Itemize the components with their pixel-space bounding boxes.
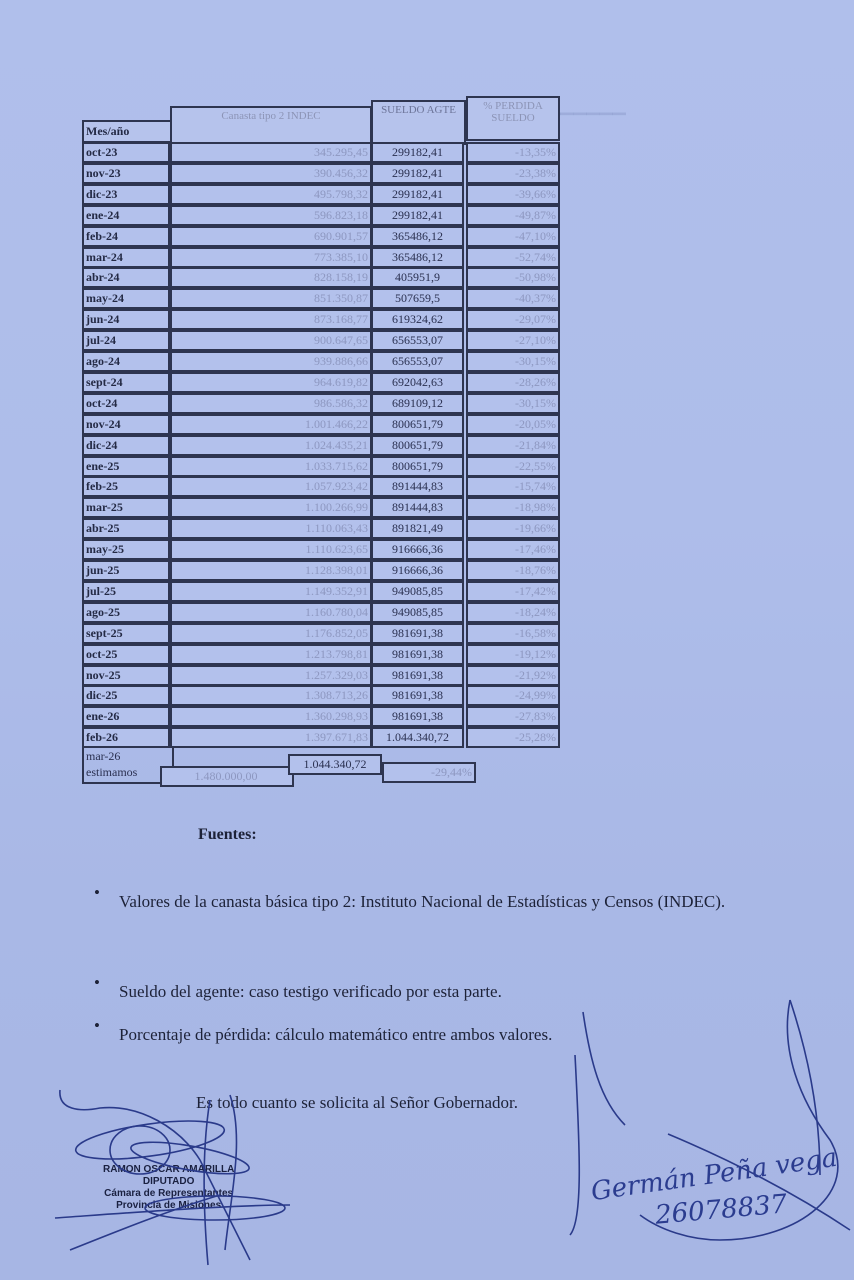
- cell-basket: 1.001.466,22: [170, 414, 372, 435]
- cell-salary: 949085,85: [371, 581, 464, 602]
- cell-month: jul-24: [82, 330, 170, 351]
- cell-month: ene-24: [82, 205, 170, 226]
- cell-month: sept-25: [82, 623, 170, 644]
- bullet-icon: •: [94, 883, 100, 903]
- cell-loss: -17,42%: [466, 581, 560, 602]
- cell-salary: 689109,12: [371, 393, 464, 414]
- cell-salary: 981691,38: [371, 665, 464, 686]
- cell-basket: 1.024.435,21: [170, 435, 372, 456]
- cell-basket: 1.257.329,03: [170, 665, 372, 686]
- header-basket: Canasta tipo 2 INDEC: [170, 106, 372, 145]
- cell-loss: -52,74%: [466, 247, 560, 268]
- cell-salary: 949085,85: [371, 602, 464, 623]
- cell-month: sept-24: [82, 372, 170, 393]
- cell-loss: -24,99%: [466, 685, 560, 706]
- cell-basket: 1.360.298,93: [170, 706, 372, 727]
- cell-salary: 891444,83: [371, 476, 464, 497]
- cell-month: oct-23: [82, 142, 170, 163]
- cell-salary: 1.044.340,72: [288, 754, 382, 775]
- cell-month: ene-25: [82, 456, 170, 477]
- cell-basket: 1.110.623,65: [170, 539, 372, 560]
- header-salary: SUELDO AGTE: [371, 100, 466, 145]
- cell-salary: 891821,49: [371, 518, 464, 539]
- cell-month: jun-24: [82, 309, 170, 330]
- cell-loss: -29,44%: [382, 762, 476, 783]
- cell-month: oct-24: [82, 393, 170, 414]
- cell-salary: 692042,63: [371, 372, 464, 393]
- cell-loss: -25,28%: [466, 727, 560, 748]
- cell-month: jul-25: [82, 581, 170, 602]
- cell-loss: -50,98%: [466, 267, 560, 288]
- cell-salary: 507659,5: [371, 288, 464, 309]
- cell-salary: 365486,12: [371, 247, 464, 268]
- cell-month: nov-24: [82, 414, 170, 435]
- cell-month: ago-24: [82, 351, 170, 372]
- cell-month: mar-24: [82, 247, 170, 268]
- cell-salary: 405951,9: [371, 267, 464, 288]
- cell-loss: -17,46%: [466, 539, 560, 560]
- cell-salary: 299182,41: [371, 205, 464, 226]
- cell-basket: 495.798,32: [170, 184, 372, 205]
- cell-month: ene-26: [82, 706, 170, 727]
- cell-salary: 981691,38: [371, 644, 464, 665]
- cell-basket: 773.385,10: [170, 247, 372, 268]
- cell-basket: 939.886,66: [170, 351, 372, 372]
- cell-loss: -19,66%: [466, 518, 560, 539]
- cell-loss: -27,83%: [466, 706, 560, 727]
- cell-month: dic-23: [82, 184, 170, 205]
- cell-basket: 1.160.780,04: [170, 602, 372, 623]
- cell-salary: 800651,79: [371, 456, 464, 477]
- cell-salary: 981691,38: [371, 623, 464, 644]
- cell-month: ago-25: [82, 602, 170, 623]
- cell-salary: 916666,36: [371, 539, 464, 560]
- cell-basket: 1.149.352,91: [170, 581, 372, 602]
- cell-salary: 1.044.340,72: [371, 727, 464, 748]
- cell-month: may-25: [82, 539, 170, 560]
- cell-salary: 916666,36: [371, 560, 464, 581]
- cell-salary: 299182,41: [371, 184, 464, 205]
- cell-salary: 981691,38: [371, 685, 464, 706]
- cell-salary: 656553,07: [371, 330, 464, 351]
- cell-loss: -21,92%: [466, 665, 560, 686]
- cell-loss: -15,74%: [466, 476, 560, 497]
- cell-loss: -20,05%: [466, 414, 560, 435]
- cell-basket: 1.100.266,99: [170, 497, 372, 518]
- cell-salary: 800651,79: [371, 414, 464, 435]
- bullet-icon: •: [94, 973, 100, 993]
- cell-basket: 964.619,82: [170, 372, 372, 393]
- header-month: Mes/año: [82, 120, 172, 143]
- right-signature-icon: [570, 1055, 579, 1235]
- cell-month: feb-25: [82, 476, 170, 497]
- cell-basket: 1.057.923,42: [170, 476, 372, 497]
- bullet-icon: •: [94, 1016, 100, 1036]
- cell-loss: -13,35%: [466, 142, 560, 163]
- cell-salary: 981691,38: [371, 706, 464, 727]
- cell-basket: 986.586,32: [170, 393, 372, 414]
- cell-basket: 1.128.398,01: [170, 560, 372, 581]
- cell-basket: 1.213.798,81: [170, 644, 372, 665]
- cell-loss: -16,58%: [466, 623, 560, 644]
- cell-loss: -18,24%: [466, 602, 560, 623]
- cell-loss: -29,07%: [466, 309, 560, 330]
- cell-salary: 299182,41: [371, 142, 464, 163]
- cell-salary: 619324,62: [371, 309, 464, 330]
- cell-month: may-24: [82, 288, 170, 309]
- cell-loss: -18,98%: [466, 497, 560, 518]
- cell-basket: 1.176.852,05: [170, 623, 372, 644]
- cell-loss: -30,15%: [466, 393, 560, 414]
- cell-basket: 390.456,32: [170, 163, 372, 184]
- cell-salary: 365486,12: [371, 226, 464, 247]
- cell-salary: 800651,79: [371, 435, 464, 456]
- official-stamp: RAMON OSCAR AMARILLA DIPUTADO Cámara de …: [103, 1164, 234, 1212]
- header-loss: % PERDIDA SUELDO: [466, 96, 560, 141]
- cell-loss: -47,10%: [466, 226, 560, 247]
- cell-basket: 1.033.715,62: [170, 456, 372, 477]
- cell-month: mar-25: [82, 497, 170, 518]
- cell-basket: 690.901,57: [170, 226, 372, 247]
- cell-loss: -27,10%: [466, 330, 560, 351]
- closing-statement: Es todo cuanto se solicita al Señor Gobe…: [196, 1093, 518, 1113]
- cell-basket: 828.158,19: [170, 267, 372, 288]
- document-page: ▁▁▁▁▁▁▁▁▁▁ Mes/año Canasta tipo 2 INDEC …: [0, 0, 854, 1280]
- cell-loss: -21,84%: [466, 435, 560, 456]
- cell-salary: 656553,07: [371, 351, 464, 372]
- cell-salary: 299182,41: [371, 163, 464, 184]
- cell-loss: -40,37%: [466, 288, 560, 309]
- cell-basket: 1.110.063,43: [170, 518, 372, 539]
- cell-basket: 1.308.713,26: [170, 685, 372, 706]
- cell-salary: 891444,83: [371, 497, 464, 518]
- sources-title: Fuentes:: [198, 826, 257, 844]
- cell-basket: 900.647,65: [170, 330, 372, 351]
- cell-basket: 1.480.000,00: [160, 766, 294, 787]
- cell-loss: -18,76%: [466, 560, 560, 581]
- cell-month: dic-24: [82, 435, 170, 456]
- cell-month: abr-24: [82, 267, 170, 288]
- cell-month: feb-24: [82, 226, 170, 247]
- cell-month: feb-26: [82, 727, 170, 748]
- cell-loss: -22,55%: [466, 456, 560, 477]
- cell-month: dic-25: [82, 685, 170, 706]
- cell-loss: -23,38%: [466, 163, 560, 184]
- cell-basket: 873.168,77: [170, 309, 372, 330]
- cell-basket: 1.397.671,83: [170, 727, 372, 748]
- cell-loss: -39,66%: [466, 184, 560, 205]
- cell-loss: -30,15%: [466, 351, 560, 372]
- cell-basket: 851.350,87: [170, 288, 372, 309]
- cell-month: abr-25: [82, 518, 170, 539]
- cell-month: nov-23: [82, 163, 170, 184]
- cell-loss: -28,26%: [466, 372, 560, 393]
- cell-month: oct-25: [82, 644, 170, 665]
- cell-loss: -49,87%: [466, 205, 560, 226]
- cell-month: nov-25: [82, 665, 170, 686]
- cell-basket: 596.823,18: [170, 205, 372, 226]
- cell-loss: -19,12%: [466, 644, 560, 665]
- cell-month: jun-25: [82, 560, 170, 581]
- cell-basket: 345.295,45: [170, 142, 372, 163]
